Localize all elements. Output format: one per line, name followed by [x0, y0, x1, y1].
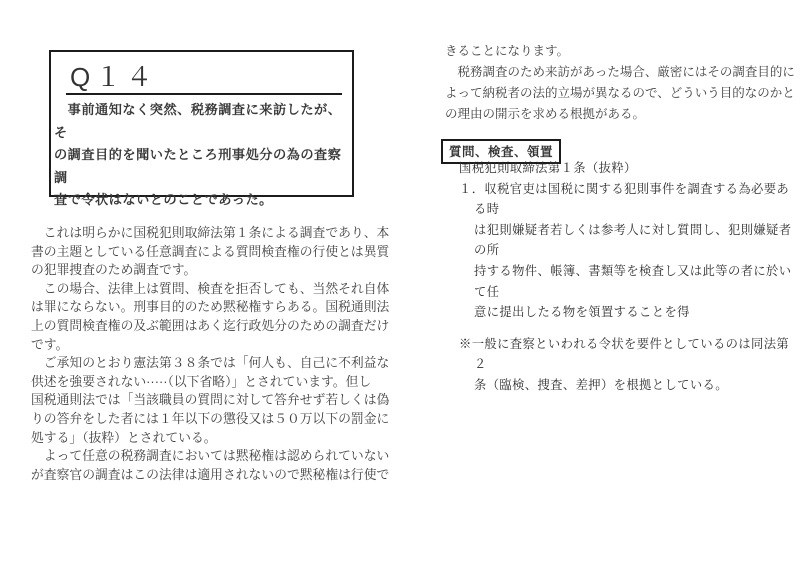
question-box: Q１４ 事前通知なく突然、税務調査に来訪したが、そ の調査目的を聞いたところ刑事…: [49, 50, 354, 197]
question-number: Q１４: [70, 57, 157, 94]
question-text: 事前通知なく突然、税務調査に来訪したが、そ の調査目的を聞いたところ刑事処分の為…: [54, 99, 350, 212]
law-heading: 国税犯則取締法第１条（抜粋）: [459, 158, 795, 179]
law-article-text: １．収税官吏は国税に関する犯則事件を調査する為必要ある時 は犯則嫌疑者若しくは参…: [459, 179, 795, 323]
law-excerpt-block: 国税犯則取締法第１条（抜粋） １．収税官吏は国税に関する犯則事件を調査する為必要…: [459, 158, 795, 396]
law-note: ※一般に査察といわれる令状を要件としているのは同法第２ 条（臨検、捜査、差押）を…: [459, 334, 795, 396]
answer-text-left-column: これは明らかに国税犯則取締法第１条による調査であり、本 書の主題としている任意調…: [31, 224, 403, 484]
answer-text-right-column: きることになります。 税務調査のため来訪があった場合、厳密にはその調査目的に よ…: [445, 41, 803, 125]
document-page: Q１４ 事前通知なく突然、税務調査に来訪したが、そ の調査目的を聞いたところ刑事…: [0, 0, 806, 566]
title-underline: [66, 93, 342, 95]
